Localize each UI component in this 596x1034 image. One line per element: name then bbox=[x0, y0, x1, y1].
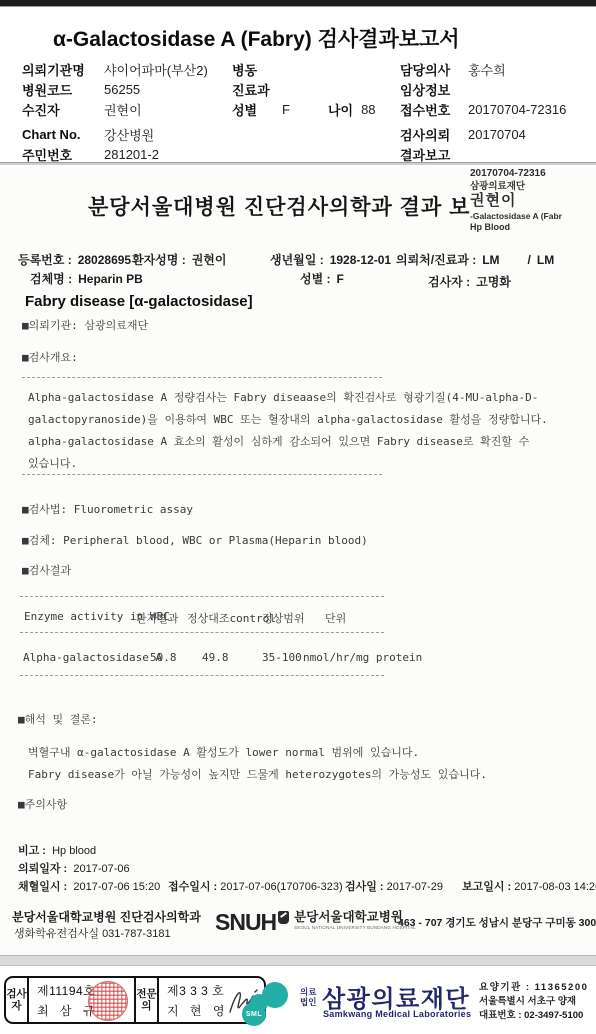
date-report: 보고일시 : 2017-08-03 14:26 bbox=[462, 878, 596, 894]
date-label: 보고일시 : bbox=[462, 881, 511, 893]
certification-box: 검사자 제11194호 최 삼 규 전문의 제3 3 3 호 지 현 영 bbox=[4, 976, 266, 1024]
date-receipt: 접수일시 : 2017-07-06(170706-323) bbox=[168, 878, 343, 894]
stamp-org: 삼광의료재단 bbox=[470, 181, 596, 193]
overview-line: galactopyranoside)을 이용하여 WBC 또는 혈장내의 alp… bbox=[28, 411, 548, 427]
footer-address: 463 - 707 경기도 성남시 분당구 구미동 300 bbox=[398, 915, 596, 930]
info-label: 검사자 : bbox=[428, 275, 470, 289]
field-resident-no: 주민번호 281201-2 bbox=[22, 144, 232, 164]
interpretation-line: 벽혈구내 α-galactosidase A 활성도가 lower normal… bbox=[28, 744, 419, 760]
date-request: 의뢰일자 : 2017-07-06 bbox=[18, 860, 130, 876]
field-value: 강산병원 bbox=[104, 125, 154, 144]
examiner-role: 검사자 bbox=[6, 978, 29, 1022]
field-label: 나이 bbox=[328, 100, 353, 119]
section-overview-label: ■검사개요: bbox=[22, 349, 78, 365]
section-interpretation-label: ■해석 및 결론: bbox=[18, 711, 98, 727]
field-label: 임상정보 bbox=[400, 80, 468, 99]
field-label: 진료과 bbox=[232, 80, 282, 99]
date-test: 검사일 : 2017-07-29 bbox=[345, 878, 443, 894]
dashed-divider bbox=[22, 377, 382, 378]
section-org: ■의뢰기관: 삼광의료재단 bbox=[22, 317, 148, 333]
corp-name-en: Samkwang Medical Laboratories bbox=[323, 1009, 471, 1019]
cell-unit: nmol/hr/mg protein bbox=[303, 651, 422, 664]
report-header: α-Galactosidase A (Fabry) 검사결과보고서 의뢰기관명 … bbox=[0, 7, 596, 163]
info-value: 고명화 bbox=[476, 275, 511, 289]
receipt-stamp: 20170704-72316 삼광의료재단 권현이 -Galactosidase… bbox=[470, 168, 596, 233]
info-referrer: 의뢰처/진료과 :LM/LM bbox=[396, 251, 554, 268]
info-examiner: 검사자 :고명화 bbox=[428, 273, 511, 290]
header-col-3: 담당의사 홍수희 임상정보 접수번호 20170704-72316 검사의뢰 2… bbox=[400, 59, 592, 164]
section-method: ■검사법: Fluorometric assay bbox=[22, 501, 193, 517]
cell-normal-range: 35-100 bbox=[262, 651, 302, 664]
field-clinical-info: 임상정보 bbox=[400, 79, 592, 99]
info-specimen: 검체명 :Heparin PB bbox=[30, 270, 143, 287]
snuh-logo: SNUH 분당서울대학교병원 SEOUL NATIONAL UNIVERSITY… bbox=[215, 911, 416, 934]
field-label: 의뢰기관명 bbox=[22, 60, 104, 79]
sml-logo-icon: SML bbox=[242, 982, 294, 1028]
sml-logo-text: SML bbox=[242, 1002, 266, 1026]
info-patient-name: 환자성명 :권현이 bbox=[132, 251, 226, 268]
section-specimen: ■검체: Peripheral blood, WBC or Plasma(Hep… bbox=[22, 532, 368, 548]
info-value: F bbox=[337, 272, 344, 286]
info-sex: 성별 :F bbox=[300, 270, 344, 287]
date-value: 2017-07-06(170706-323) bbox=[220, 881, 342, 893]
info-value-2: LM bbox=[537, 253, 554, 267]
field-doctor: 담당의사 홍수희 bbox=[400, 59, 592, 79]
info-value: 28028695 bbox=[78, 253, 131, 267]
info-label: 등록번호 : bbox=[18, 253, 72, 267]
info-label: 생년월일 : bbox=[270, 253, 324, 267]
info-birth-date: 생년월일 :1928-12-01 bbox=[270, 251, 391, 268]
disease-title: Fabry disease [α-galactosidase] bbox=[25, 293, 253, 310]
scan-title: 분당서울대병원 진단검사의학과 결과 보 bbox=[88, 191, 470, 221]
cell-test-name: Alpha-galactosidase A bbox=[23, 651, 162, 664]
bottom-bar: 검사자 제11194호 최 삼 규 전문의 제3 3 3 호 지 현 영 SML… bbox=[0, 966, 596, 1034]
field-label: 병동 bbox=[232, 60, 282, 79]
date-label: 비고 : bbox=[18, 845, 46, 857]
field-value: 홍수희 bbox=[468, 60, 506, 79]
col-header-patient-result: 환자결과 bbox=[136, 610, 179, 626]
field-value: 권현이 bbox=[104, 100, 142, 119]
specialist-role: 전문의 bbox=[136, 978, 159, 1022]
field-label: 검사의뢰 bbox=[400, 125, 468, 144]
dashed-divider bbox=[20, 675, 384, 676]
date-value: Hp blood bbox=[52, 845, 96, 857]
field-department: 진료과 bbox=[232, 79, 400, 99]
corp-phone: 대표번호 : 02-3497-5100 bbox=[479, 1009, 588, 1023]
date-label: 의뢰일자 : bbox=[18, 863, 67, 875]
info-label: 의뢰처/진료과 : bbox=[396, 253, 476, 267]
field-result-report: 결과보고 bbox=[400, 144, 592, 164]
bottom-separator-band bbox=[0, 955, 596, 966]
header-info-grid: 의뢰기관명 샤이어파마(부산2) 병원코드 56255 수진자 권현이 Char… bbox=[22, 59, 592, 164]
field-label: 접수번호 bbox=[400, 100, 468, 119]
field-chart-no: Chart No. 강산병원 bbox=[22, 124, 232, 144]
page-title: α-Galactosidase A (Fabry) 검사결과보고서 bbox=[53, 23, 460, 53]
info-reg-no: 등록번호 :28028695 bbox=[18, 251, 131, 268]
care-org-no: 요양기관 : 11365200 bbox=[479, 981, 588, 995]
dashed-divider bbox=[20, 632, 384, 633]
date-collect: 채혈일시 : 2017-07-06 15:20 bbox=[18, 878, 160, 894]
cell-control: 49.8 bbox=[202, 651, 229, 664]
corp-prefix: 의료 법인 bbox=[300, 987, 316, 1007]
corp-prefix-line: 의료 bbox=[300, 987, 316, 997]
field-value: 56255 bbox=[104, 82, 140, 97]
dashed-divider bbox=[22, 474, 382, 475]
overview-line: Alpha-galactosidase A 정량검사는 Fabry diseaa… bbox=[28, 389, 538, 405]
footer-lab-phone: 생화학유전검사실 031-787-3181 bbox=[14, 925, 171, 941]
stamp-receipt-no: 20170704-72316 bbox=[470, 168, 596, 181]
info-label: 성별 : bbox=[300, 272, 331, 286]
field-value: 20170704 bbox=[468, 127, 526, 142]
stamp-specimen: Hp Blood bbox=[470, 222, 596, 233]
col-header-normal-range: 정상범위 bbox=[262, 610, 305, 626]
corp-address: 서울특별시 서초구 양재 bbox=[479, 995, 588, 1009]
overview-line: 있습니다. bbox=[28, 455, 77, 471]
field-label: Chart No. bbox=[22, 127, 104, 142]
snuh-shield-icon bbox=[278, 911, 289, 924]
header-col-2: 병동 진료과 성별 F 나이 88 bbox=[232, 59, 400, 164]
field-label: 담당의사 bbox=[400, 60, 468, 79]
field-org: 의뢰기관명 샤이어파마(부산2) bbox=[22, 59, 232, 79]
field-hospital-code: 병원코드 56255 bbox=[22, 79, 232, 99]
date-label: 접수일시 : bbox=[168, 881, 217, 893]
date-value: 2017-07-29 bbox=[387, 881, 443, 893]
info-label: 환자성명 : bbox=[132, 253, 186, 267]
field-label: 성별 bbox=[232, 100, 282, 119]
section-caution-label: ■주의사항 bbox=[18, 796, 67, 812]
field-value: 281201-2 bbox=[104, 147, 159, 162]
date-note: 비고 : Hp blood bbox=[18, 842, 96, 858]
examiner-seal-icon bbox=[88, 981, 128, 1021]
corp-contact: 요양기관 : 11365200 서울특별시 서초구 양재 대표번호 : 02-3… bbox=[479, 981, 588, 1022]
date-label: 채혈일시 : bbox=[18, 881, 67, 893]
dashed-divider bbox=[20, 596, 384, 597]
info-value: 1928-12-01 bbox=[330, 253, 391, 267]
date-value: 2017-08-03 14:26 bbox=[514, 881, 596, 893]
field-value: 20170704-72316 bbox=[468, 102, 566, 117]
info-value: Heparin PB bbox=[78, 272, 143, 286]
window-top-strip bbox=[0, 0, 596, 7]
field-label: 주민번호 bbox=[22, 145, 104, 164]
field-value: F bbox=[282, 102, 290, 117]
stamp-test-name: -Galactosidase A (Fabr bbox=[470, 211, 596, 222]
examiner-cell: 제11194호 최 삼 규 bbox=[29, 978, 134, 1022]
date-value: 2017-07-06 bbox=[73, 863, 129, 875]
cell-patient-result: 50.8 bbox=[150, 651, 177, 664]
info-label: 검체명 : bbox=[30, 272, 72, 286]
field-ward: 병동 bbox=[232, 59, 400, 79]
scanned-report: 분당서울대병원 진단검사의학과 결과 보 20170704-72316 삼광의료… bbox=[0, 165, 596, 955]
field-label: 결과보고 bbox=[400, 145, 468, 164]
section-result-label: ■검사결과 bbox=[22, 562, 71, 578]
field-test-request: 검사의뢰 20170704 bbox=[400, 124, 592, 144]
snuh-wordmark: SNUH bbox=[215, 911, 276, 934]
info-separator: / bbox=[528, 253, 531, 267]
stamp-patient-name: 권현이 bbox=[470, 192, 596, 211]
overview-line: alpha-galactosidase A 효소의 활성이 심하게 감소되어 있… bbox=[28, 433, 529, 449]
date-value: 2017-07-06 15:20 bbox=[73, 881, 160, 893]
date-label: 검사일 : bbox=[345, 881, 384, 893]
field-value: 88 bbox=[361, 102, 375, 117]
corp-prefix-line: 법인 bbox=[300, 997, 316, 1007]
header-col-1: 의뢰기관명 샤이어파마(부산2) 병원코드 56255 수진자 권현이 Char… bbox=[22, 59, 232, 164]
interpretation-line: Fabry disease가 아닐 가능성이 높지만 드물게 heterozyg… bbox=[28, 766, 487, 782]
field-sex-age: 성별 F 나이 88 bbox=[232, 99, 400, 119]
field-label: 수진자 bbox=[22, 100, 104, 119]
info-value: 권현이 bbox=[192, 253, 227, 267]
field-patient: 수진자 권현이 bbox=[22, 99, 232, 119]
field-label: 병원코드 bbox=[22, 80, 104, 99]
field-value: 샤이어파마(부산2) bbox=[104, 60, 208, 79]
info-value: LM bbox=[482, 253, 499, 267]
field-receipt-no: 접수번호 20170704-72316 bbox=[400, 99, 592, 119]
col-header-unit: 단위 bbox=[325, 610, 346, 626]
footer-department: 분당서울대학교병원 진단검사의학과 bbox=[12, 908, 201, 925]
